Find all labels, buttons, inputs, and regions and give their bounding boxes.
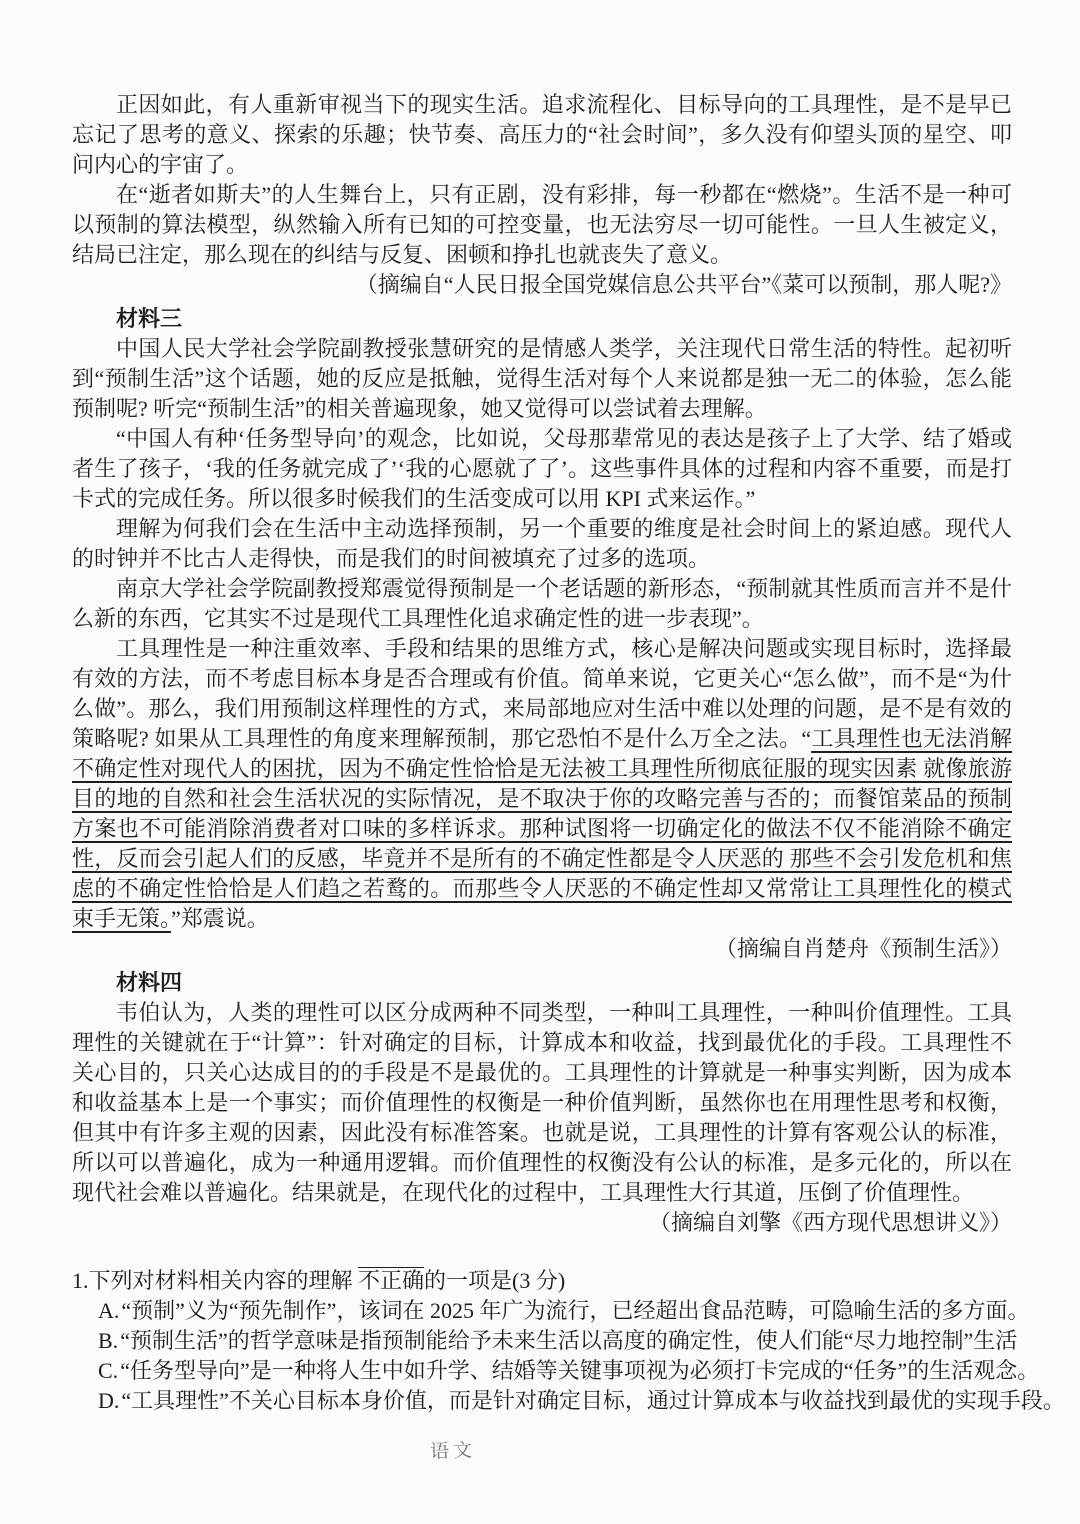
question-1-stem: 1.下列对材料相关内容的理解 不正确的一项是(3 分) <box>72 1266 1012 1296</box>
passage-paragraph: 正因如此，有人重新审视当下的现实生活。追求流程化、目标导向的工具理性，是不是早已… <box>72 90 1012 180</box>
passage-paragraph: 理解为何我们会在生活中主动选择预制，另一个重要的维度是社会时间上的紧迫感。现代人… <box>72 514 1012 574</box>
option-c-text: “任务型导向”是一种将人生中如升学、结婚等关键事项视为必须打卡完成的“任务”的生… <box>120 1358 1039 1383</box>
stem-prefix: 1.下列对材料相关内容的理解 <box>72 1268 358 1293</box>
source-citation: （摘编自“人民日报全国党媒信息公共平台”《菜可以预制，那人呢?》 <box>72 270 1012 300</box>
option-a-text: “预制”义为“预先制作”，该词在 2025 年广为流行，已经超出食品范畴，可隐喻… <box>121 1298 1029 1323</box>
passage-paragraph: 韦伯认为，人类的理性可以区分成两种不同类型，一种叫工具理性，一种叫价值理性。工具… <box>72 998 1012 1208</box>
question-1: 1.下列对材料相关内容的理解 不正确的一项是(3 分) A.“预制”义为“预先制… <box>72 1266 1012 1416</box>
source-citation: （摘编自刘擎《西方现代思想讲义》） <box>72 1208 1012 1238</box>
option-c-label: C. <box>98 1358 118 1383</box>
source-citation: （摘编自肖楚舟《预制生活》） <box>72 934 1012 964</box>
material-four-heading: 材料四 <box>72 968 1012 998</box>
passage-paragraph: 中国人民大学社会学院副教授张慧研究的是情感人类学，关注现代日常生活的特性。起初听… <box>72 334 1012 424</box>
underlined-passage: 工具理性也无法消解不确定性对现代人的困扰，因为不确定性恰恰是无法被工具理性所彻底… <box>72 726 1012 931</box>
option-b: B.“预制生活”的哲学意味是指预制能给予未来生活以高度的确定性，使人们能“尽力地… <box>98 1326 1012 1356</box>
passage-paragraph: 南京大学社会学院副教授郑震觉得预制是一个老话题的新形态，“预制就其性质而言并不是… <box>72 574 1012 634</box>
option-a: A.“预制”义为“预先制作”，该词在 2025 年广为流行，已经超出食品范畴，可… <box>98 1296 1012 1326</box>
passage-paragraph-with-underline: 工具理性是一种注重效率、手段和结果的思维方式，核心是解决问题或实现目标时，选择最… <box>72 634 1012 934</box>
passage-paragraph: “中国人有种‘任务型导向’的观念，比如说，父母那辈常见的表达是孩子上了大学、结了… <box>72 424 1012 514</box>
stem-suffix: 的一项是(3 分) <box>424 1268 565 1293</box>
paragraph-suffix: ”郑震说。 <box>171 906 269 931</box>
option-c: C.“任务型导向”是一种将人生中如升学、结婚等关键事项视为必须打卡完成的“任务”… <box>98 1356 1012 1386</box>
material-three-heading: 材料三 <box>72 304 1012 334</box>
option-d-label: D. <box>98 1388 119 1413</box>
passage-paragraph: 在“逝者如斯夫”的人生舞台上，只有正剧，没有彩排，每一秒都在“燃烧”。生活不是一… <box>72 180 1012 270</box>
stem-emphasis: 不正确 <box>358 1268 424 1293</box>
option-d: D.“工具理性”不关心目标本身价值，而是针对确定目标，通过计算成本与收益找到最优… <box>98 1386 1012 1416</box>
exam-page: 正因如此，有人重新审视当下的现实生活。追求流程化、目标导向的工具理性，是不是早已… <box>72 90 1012 1416</box>
option-b-label: B. <box>98 1328 118 1353</box>
option-d-text: “工具理性”不关心目标本身价值，而是针对确定目标，通过计算成本与收益找到最优的实… <box>121 1388 1065 1413</box>
option-b-text: “预制生活”的哲学意味是指预制能给予未来生活以高度的确定性，使人们能“尽力地控制… <box>120 1328 1017 1353</box>
option-a-label: A. <box>98 1298 119 1323</box>
page-footer: 语文 <box>430 1435 477 1464</box>
